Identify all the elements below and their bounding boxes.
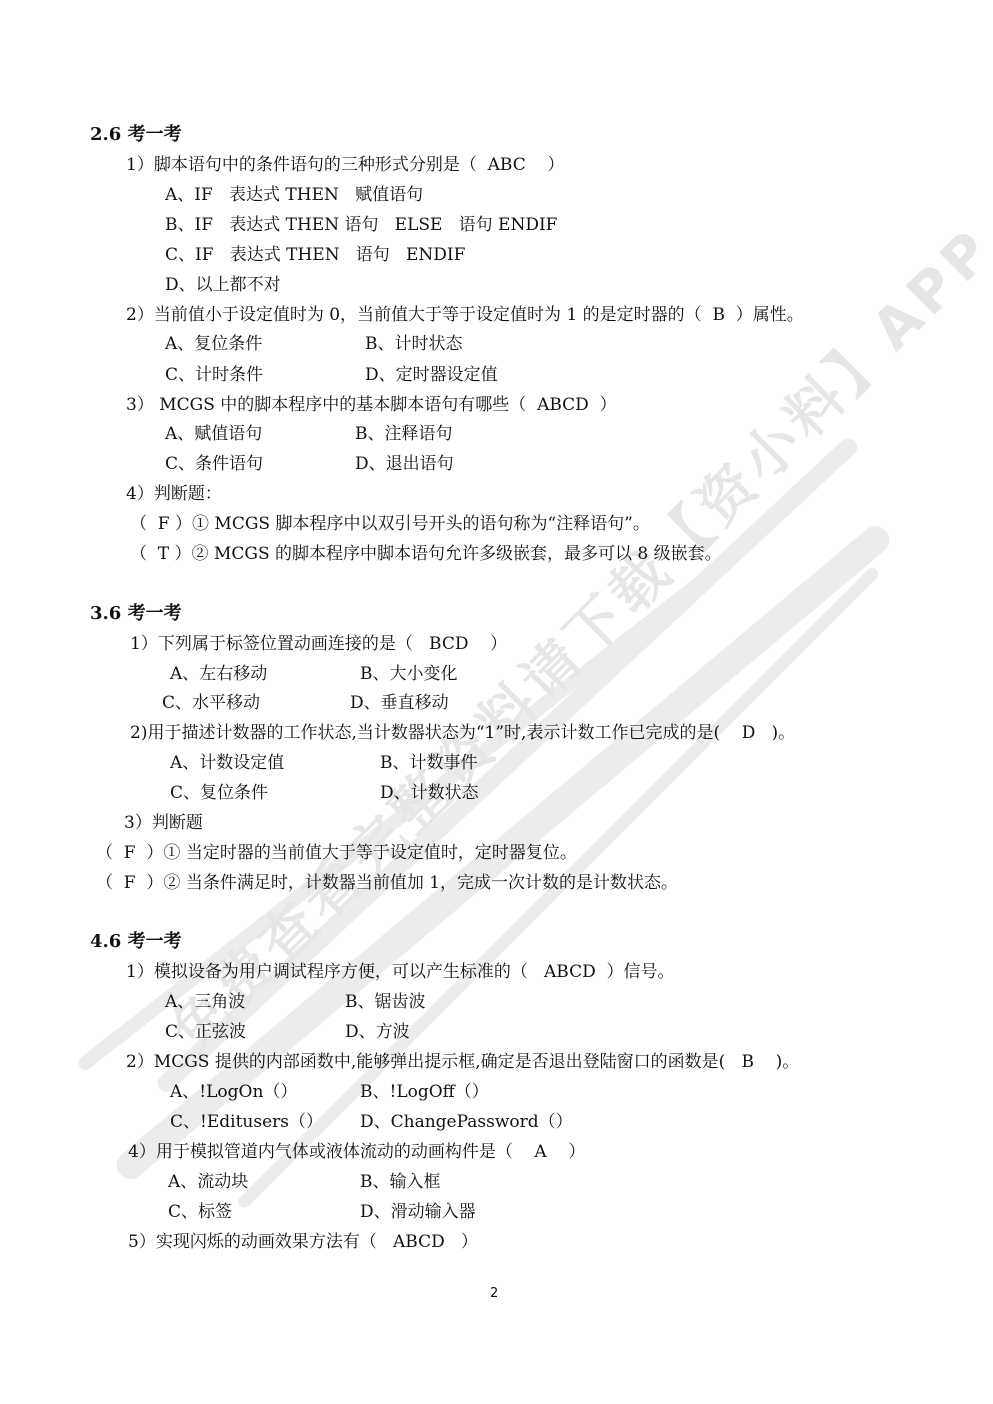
section-heading: 4.6 考一考 <box>90 931 182 953</box>
option: D、退出语句 <box>355 453 454 475</box>
option: A、IF 表达式 THEN 赋值语句 <box>165 184 423 206</box>
option: B、输入框 <box>360 1171 441 1193</box>
option: D、滑动输入器 <box>360 1201 476 1223</box>
document-page: 2.6 考一考 1）脚本语句中的条件语句的三种形式分别是（ ABC ） A、IF… <box>0 0 993 1404</box>
option: D、垂直移动 <box>350 692 449 714</box>
question: 3）判断题 <box>124 812 203 834</box>
true-false-item: （ T ）② MCGS 的脚本程序中脚本语句允许多级嵌套，最多可以 8 级嵌套。 <box>130 543 722 565</box>
option: C、!Editusers（） <box>170 1111 323 1133</box>
option: D、ChangePassword（） <box>360 1111 573 1133</box>
option: C、计时条件 <box>165 364 263 386</box>
question: 1）下列属于标签位置动画连接的是（ BCD ） <box>130 633 507 655</box>
option: B、计时状态 <box>365 333 463 355</box>
option: B、!LogOff（） <box>360 1081 489 1103</box>
option: C、IF 表达式 THEN 语句 ENDIF <box>165 244 465 266</box>
option: A、计数设定值 <box>170 752 284 774</box>
option: A、赋值语句 <box>165 423 262 445</box>
question: 4）判断题： <box>126 483 222 505</box>
question: 1）模拟设备为用户调试程序方便，可以产生标准的（ ABCD ）信号。 <box>126 961 675 983</box>
option: B、锯齿波 <box>345 991 426 1013</box>
true-false-item: （ F ）② 当条件满足时，计数器当前值加 1，完成一次计数的是计数状态。 <box>96 872 678 894</box>
question: 2)用于描述计数器的工作状态,当计数器状态为“1”时,表示计数工作已完成的是( … <box>130 722 795 744</box>
option: D、方波 <box>345 1021 410 1043</box>
option: A、流动块 <box>168 1171 248 1193</box>
question: 2）当前值小于设定值时为 0，当前值大于等于设定值时为 1 的是定时器的（ B … <box>126 304 804 326</box>
section-heading: 2.6 考一考 <box>90 124 182 146</box>
section-heading: 3.6 考一考 <box>90 603 182 625</box>
option: C、复位条件 <box>170 782 268 804</box>
option: C、水平移动 <box>162 692 260 714</box>
option: A、三角波 <box>165 991 245 1013</box>
option: B、注释语句 <box>355 423 453 445</box>
option: C、标签 <box>168 1201 232 1223</box>
option: C、条件语句 <box>165 453 263 475</box>
option: A、左右移动 <box>170 663 267 685</box>
option: D、计数状态 <box>380 782 479 804</box>
page-number: 2 <box>490 1286 498 1301</box>
question: 2）MCGS 提供的内部函数中,能够弹出提示框,确定是否退出登陆窗口的函数是( … <box>126 1051 799 1073</box>
question: 5）实现闪烁的动画效果方法有（ ABCD ） <box>128 1231 478 1253</box>
option: D、以上都不对 <box>165 274 281 296</box>
option: C、正弦波 <box>165 1021 246 1043</box>
question: 1）脚本语句中的条件语句的三种形式分别是（ ABC ） <box>126 154 564 176</box>
option: A、复位条件 <box>165 333 262 355</box>
option: B、计数事件 <box>380 752 478 774</box>
question: 4）用于模拟管道内气体或液体流动的动画构件是（ A ） <box>128 1141 585 1163</box>
true-false-item: （ F ）① MCGS 脚本程序中以双引号开头的语句称为“注释语句”。 <box>130 513 650 535</box>
true-false-item: （ F ）① 当定时器的当前值大于等于设定值时，定时器复位。 <box>96 842 577 864</box>
option: B、IF 表达式 THEN 语句 ELSE 语句 ENDIF <box>165 214 557 236</box>
option: A、!LogOn（） <box>170 1081 297 1103</box>
option: B、大小变化 <box>360 663 458 685</box>
question: 3） MCGS 中的脚本程序中的基本脚本语句有哪些（ ABCD ） <box>126 394 617 416</box>
option: D、定时器设定值 <box>365 364 498 386</box>
